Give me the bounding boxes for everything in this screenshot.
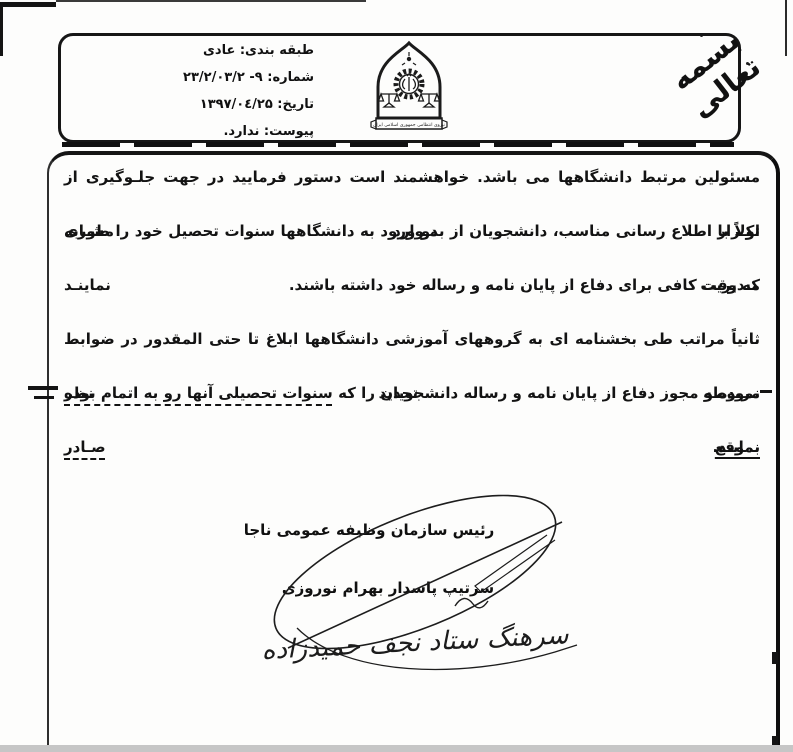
scan-edge-top: [56, 0, 366, 2]
number-line: شماره: ۹- ۲۳/۲/۰۳/۲: [88, 64, 314, 91]
classification-line: طبقه بندی: عادی: [88, 37, 314, 64]
letter-line-2: اولاً با اطلاع رسانی مناسب، دانشجویان از…: [64, 204, 760, 258]
scan-edge-left: [0, 4, 3, 56]
document-meta: طبقه بندی: عادی شماره: ۹- ۲۳/۲/۰۳/۲ تاری…: [88, 37, 314, 145]
scales-icon-left: [379, 94, 400, 107]
scan-blob-right: [772, 652, 778, 664]
scan-mark-right: [760, 390, 772, 393]
scan-mark-left: [34, 396, 54, 399]
scales-icon-right: [419, 94, 440, 107]
scan-mark-left: [28, 386, 58, 390]
line5-underlined-phrase: سنوات تحصیلی آنها رو به اتمام بوده: [64, 384, 333, 402]
letter-line-1: مسئولین مرتبط دانشگاهها می باشد. خواهشمن…: [64, 150, 760, 204]
scanned-letter-page: طبقه بندی: عادی شماره: ۹- ۲۳/۲/۰۳/۲ تاری…: [0, 0, 793, 752]
line5-start: نموده و مجوز دفاع از پایان نامه و رساله …: [333, 384, 760, 402]
letter-line-5: نموده و مجوز دفاع از پایان نامه و رساله …: [64, 366, 760, 420]
date-line: تاریخ: ۱۳۹۷/۰٤/۲۵: [88, 91, 314, 118]
emblem-top-ornament: [407, 57, 411, 61]
letter-line-4: ثانیاً مراتب طی بخشنامه ای به گروههای آم…: [64, 312, 760, 366]
emblem-banner-text: نیروی انتظامی جمهوری اسلامی ایران: [373, 123, 445, 128]
scanner-edge-band: [0, 745, 793, 752]
scan-edge-top-left: [0, 2, 56, 7]
letter-body: مسئولین مرتبط دانشگاهها می باشد. خواهشمن…: [64, 150, 760, 474]
scan-edge-right: [785, 0, 787, 56]
attachment-line: پیوست: ندارد.: [88, 118, 314, 145]
line5-end: صـادر: [64, 438, 106, 456]
naja-police-emblem-icon: نیروی انتظامی جمهوری اسلامی ایران: [356, 40, 462, 139]
signature-scribble: [225, 480, 605, 685]
